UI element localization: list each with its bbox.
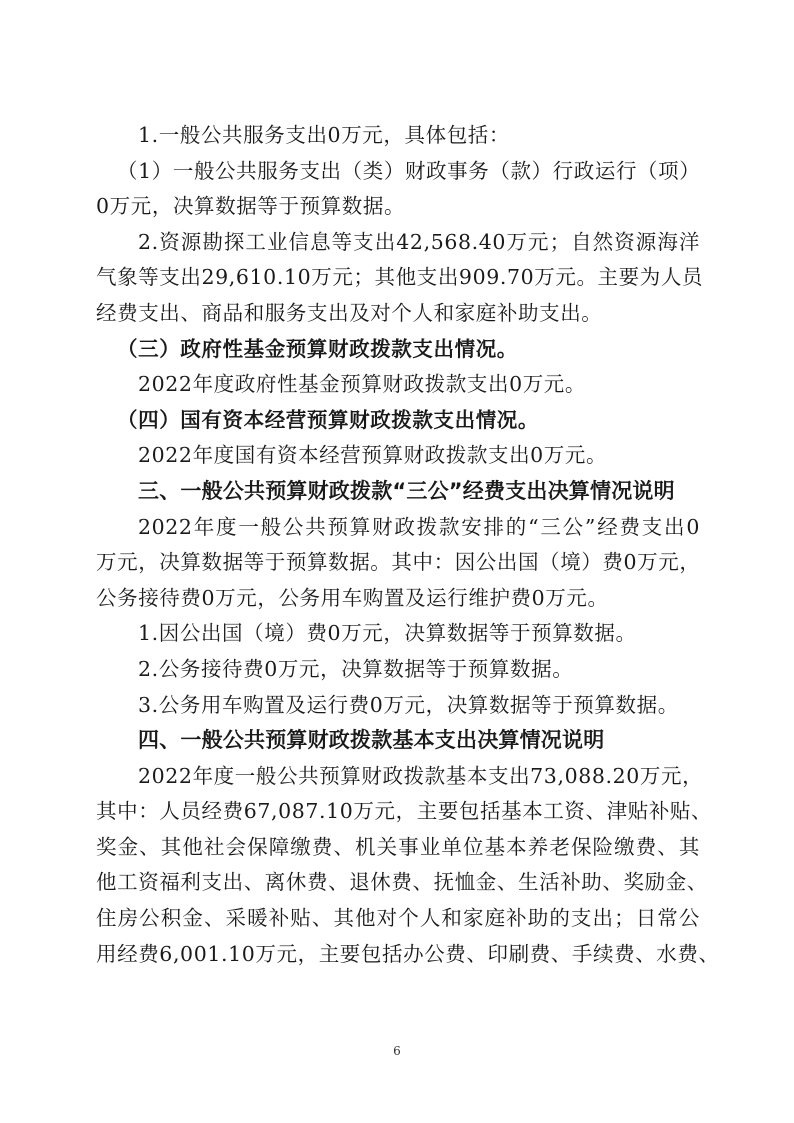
paragraph-general-public-service: 1.一般公共服务支出0万元，具体包括： <box>96 118 700 154</box>
paragraph-admin-operation-cont: 0万元，决算数据等于预算数据。 <box>96 189 700 225</box>
paragraph-basic-expenditure: 2022年度一般公共预算财政拨款基本支出73,088.20万元， <box>96 759 700 795</box>
list-item-overseas-travel: 1.因公出国（境）费0万元，决算数据等于预算数据。 <box>96 616 700 652</box>
document-body: 1.一般公共服务支出0万元，具体包括： （1）一般公共服务支出（类）财政事务（款… <box>96 118 700 972</box>
page-number: 6 <box>0 1044 794 1058</box>
section-heading-state-capital: （四）国有资本经营预算财政拨款支出情况。 <box>96 403 700 439</box>
paragraph-basic-expenditure-cont-1: 其中：人员经费67,087.10万元，主要包括基本工资、津贴补贴、 <box>96 794 700 830</box>
paragraph-admin-operation: （1）一般公共服务支出（类）财政事务（款）行政运行（项） <box>96 154 700 190</box>
paragraph-three-public-cont-1: 万元，决算数据等于预算数据。其中：因公出国（境）费0万元， <box>96 545 700 581</box>
section-heading-government-fund: （三）政府性基金预算财政拨款支出情况。 <box>96 332 700 368</box>
paragraph-basic-expenditure-cont-4: 住房公积金、采暖补贴、其他对个人和家庭补助的支出；日常公 <box>96 901 700 937</box>
paragraph-three-public-cont-2: 公务接待费0万元，公务用车购置及运行维护费0万元。 <box>96 581 700 617</box>
paragraph-state-capital: 2022年度国有资本经营预算财政拨款支出0万元。 <box>96 438 700 474</box>
section-heading-three-public: 三、一般公共预算财政拨款“三公”经费支出决算情况说明 <box>96 474 700 510</box>
paragraph-resource-expenditure-cont-1: 气象等支出29,610.10万元；其他支出909.70万元。主要为人员 <box>96 260 700 296</box>
paragraph-three-public: 2022年度一般公共预算财政拨款安排的“三公”经费支出0 <box>96 510 700 546</box>
paragraph-resource-expenditure-cont-2: 经费支出、商品和服务支出及对个人和家庭补助支出。 <box>96 296 700 332</box>
paragraph-basic-expenditure-cont-3: 他工资福利支出、离休费、退休费、抚恤金、生活补助、奖励金、 <box>96 865 700 901</box>
list-item-vehicle: 3.公务用车购置及运行费0万元，决算数据等于预算数据。 <box>96 688 700 724</box>
paragraph-government-fund: 2022年度政府性基金预算财政拨款支出0万元。 <box>96 367 700 403</box>
paragraph-resource-expenditure: 2.资源勘探工业信息等支出42,568.40万元；自然资源海洋 <box>96 225 700 261</box>
list-item-reception: 2.公务接待费0万元，决算数据等于预算数据。 <box>96 652 700 688</box>
paragraph-basic-expenditure-cont-5: 用经费6,001.10万元，主要包括办公费、印刷费、手续费、水费、 <box>96 937 700 973</box>
section-heading-basic-expenditure: 四、一般公共预算财政拨款基本支出决算情况说明 <box>96 723 700 759</box>
paragraph-basic-expenditure-cont-2: 奖金、其他社会保障缴费、机关事业单位基本养老保险缴费、其 <box>96 830 700 866</box>
